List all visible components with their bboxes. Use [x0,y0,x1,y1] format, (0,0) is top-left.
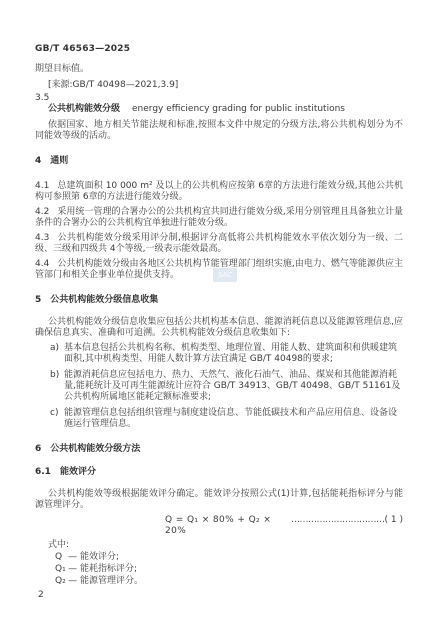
list-item-a: a) 基本信息包括公共机构名称、机构类型、地理位置、用能人数、建筑面积和供暖建筑… [35,343,403,365]
clause-4-3: 4.3公共机构能效分级采用评分制,根据评分高低将公共机构能效水平依次划分为一级、… [35,233,403,255]
list-marker-b: b) [50,370,59,381]
symbol-definition-q1: Q₁—能耗指标评分; [35,564,403,575]
formula-reference: ……………………………( 1 ) [291,515,403,526]
page-number: 2 [35,590,403,601]
term-number: 3.5 [35,93,403,104]
section-4-title: 通则 [50,156,68,166]
list-item-b: b) 能源消耗信息应包括电力、热力、天然气、液化石油气、油品、煤炭和其他能源消耗… [35,370,403,403]
info-list: a) 基本信息包括公共机构名称、机构类型、地理位置、用能人数、建筑面积和供暖建筑… [35,343,403,430]
symbol-q: Q [55,552,68,563]
section-6-title: 公共机构能效分级方法 [50,444,140,454]
subsection-heading-6-1: 6.1能效评分 [35,467,403,478]
symbol-q1: Q₁ [55,564,68,575]
running-header: GB/T 46563—2025 [35,44,403,55]
formula-number: ( 1 ) [385,515,403,525]
section-4-number: 4 [35,156,41,166]
list-item-c-text: 能源管理信息包括组织管理与制度建设信息、节能低碳技术和产品应用信息、设备设施运行… [64,408,397,429]
symbol-q2: Q₂ [55,576,68,587]
formula-dots: …………………………… [291,515,385,525]
subsection-6-1-number: 6.1 [35,467,51,477]
symbol-definition-q2: Q₂—能源管理评分。 [35,576,403,587]
clause-4-2: 4.2采用统一管理的合署办公的公共机构宜共同进行能效分级,采用分别管理且具备独立… [35,207,403,229]
formula-expression: Q = Q₁ × 80% + Q₂ × 20% [165,515,291,537]
list-item-c: c) 能源管理信息包括组织管理与制度建设信息、节能低碳技术和产品应用信息、设备设… [35,408,403,430]
subsection-6-1-title: 能效评分 [60,467,96,477]
list-item-a-text: 基本信息包括公共机构名称、机构类型、地理位置、用能人数、建筑面积和供暖建筑面积,… [64,343,397,364]
symbol-q2-desc: 能源管理评分。 [80,576,143,586]
list-marker-c: c) [50,408,58,419]
formula: Q = Q₁ × 80% + Q₂ × 20% ……………………………( 1 ) [35,515,403,537]
term-title: 公共机构能效分级energy efficiency grading for pu… [35,104,403,115]
section6-intro: 公共机构能效等级根据能效评分确定。能效评分按照公式(1)计算,包括能耗指标评分与… [35,489,403,511]
section-heading-4: 4通则 [35,156,403,167]
clause-4-1-text: 总建筑面积 10 000 m² 及以上的公共机构应按第 6章的方法进行能效分级,… [35,181,403,202]
clause-4-1: 4.1总建筑面积 10 000 m² 及以上的公共机构应按第 6章的方法进行能效… [35,181,403,203]
continuation-paragraph: 期望目标值。 [35,64,403,75]
symbol-q-desc: 能效评分; [80,552,119,562]
definition-dash: — [68,576,77,586]
document-page: GB/T 46563—2025 期望目标值。 [来源:GB/T 40498—20… [0,0,434,618]
section5-intro: 公共机构能效分级信息收集应包括公共机构基本信息、能源消耗信息以及能源管理信息,应… [35,317,403,339]
definition-dash: — [68,564,77,574]
list-item-b-text: 能源消耗信息应包括电力、热力、天然气、液化石油气、油品、煤炭和其他能源消耗量,能… [64,370,400,402]
term-title-zh: 公共机构能效分级 [48,104,120,114]
definition-dash: — [68,552,77,562]
symbol-q1-desc: 能耗指标评分; [80,564,137,574]
where-label: 式中: [35,540,403,551]
term-title-en: energy efficiency grading for public ins… [132,104,345,114]
watermark: SAC [213,268,237,282]
section-heading-5: 5公共机构能效分级信息收集 [35,295,403,306]
clause-4-2-number: 4.2 [35,207,49,217]
section-heading-6: 6公共机构能效分级方法 [35,444,403,455]
term-definition: 依据国家、地方相关节能法规和标准,按照本文件中规定的分级方法,将公共机构划分为不… [35,120,403,142]
clause-4-4-number: 4.4 [35,259,49,269]
clause-4-3-number: 4.3 [35,233,49,243]
clause-4-2-text: 采用统一管理的合署办公的公共机构宜共同进行能效分级,采用分别管理且具备独立计量条… [35,207,403,228]
section-5-number: 5 [35,295,41,305]
clause-4-3-text: 公共机构能效分级采用评分制,根据评分高低将公共机构能效水平依次划分为一级、二级、… [35,233,403,254]
section-6-number: 6 [35,444,41,454]
symbol-definition-q: Q—能效评分; [35,552,403,563]
clause-4-1-number: 4.1 [35,181,49,191]
source-note: [来源:GB/T 40498—2021,3.9] [35,80,403,91]
list-marker-a: a) [50,343,59,354]
section-5-title: 公共机构能效分级信息收集 [50,295,158,305]
